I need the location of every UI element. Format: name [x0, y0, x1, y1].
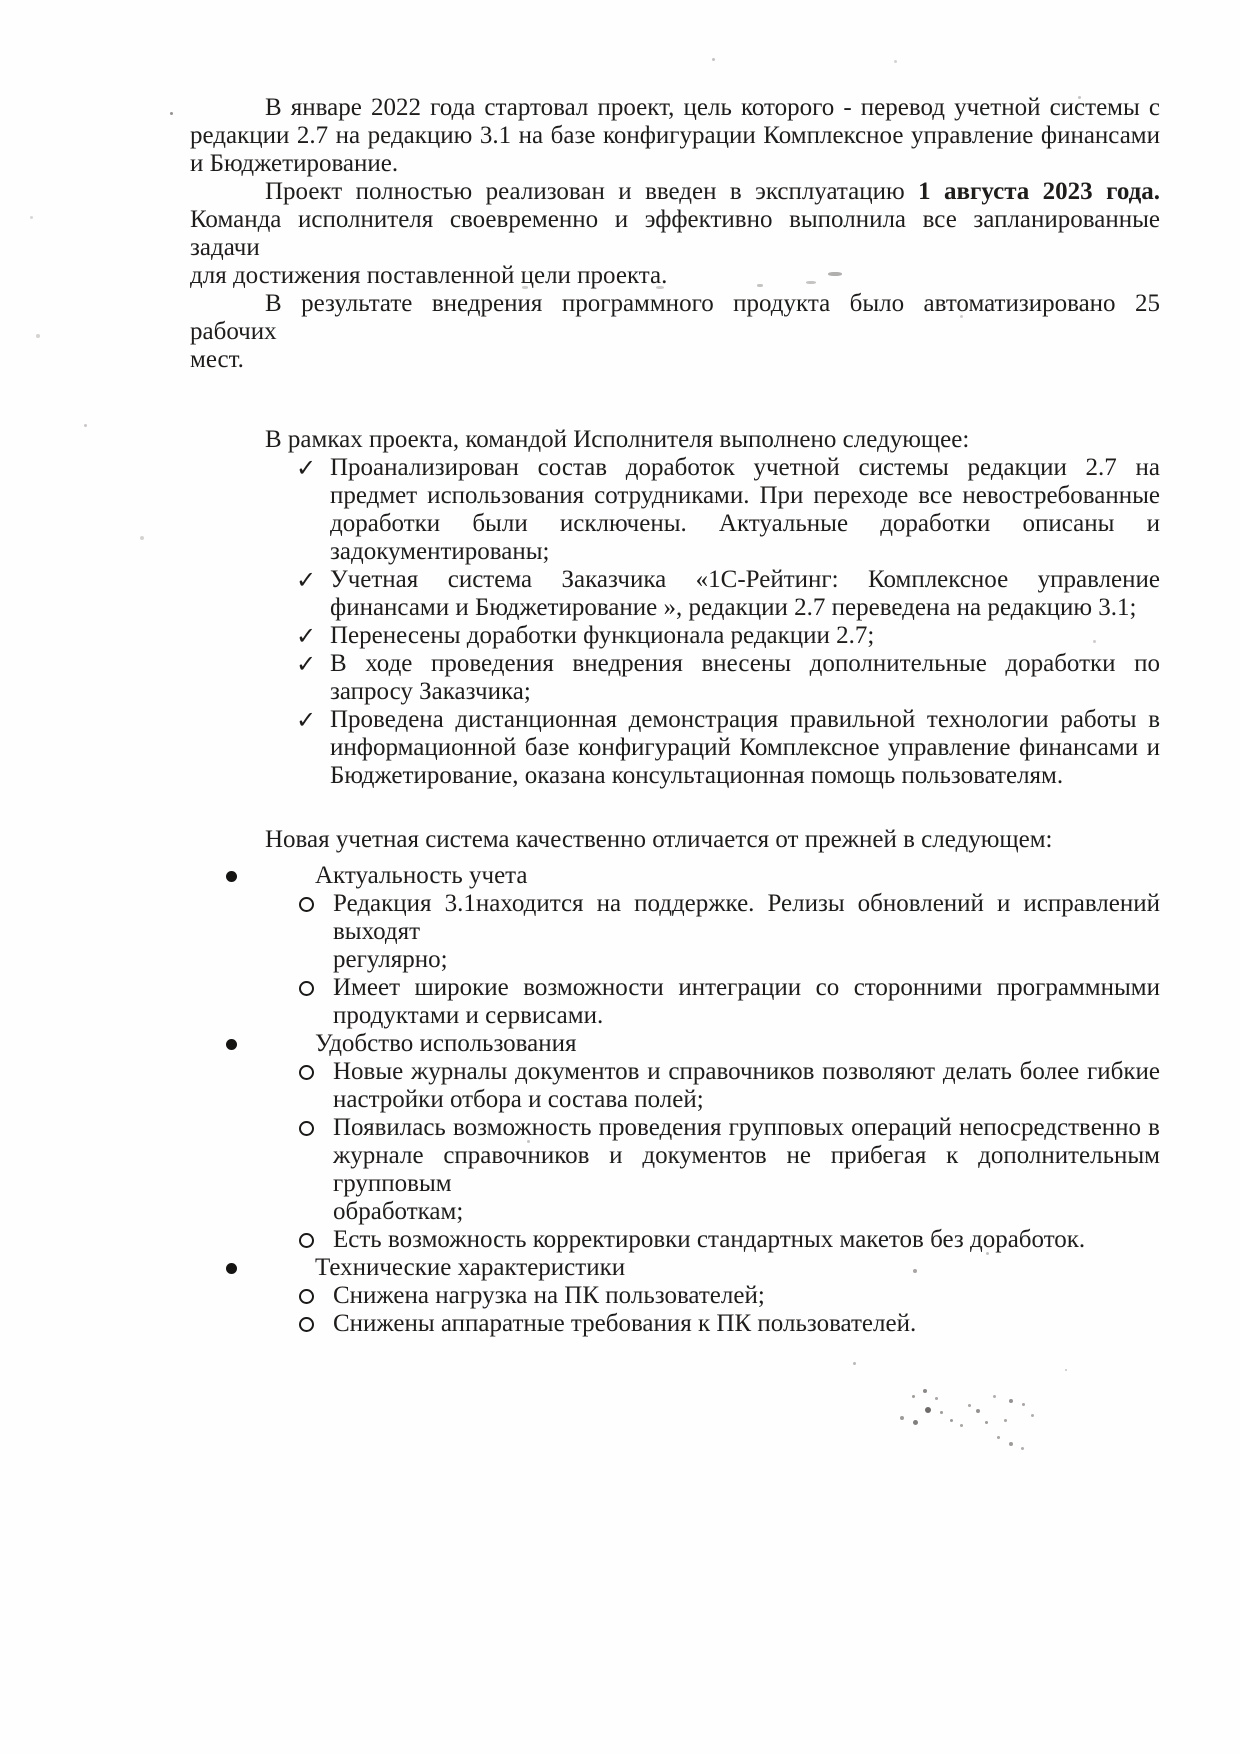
scan-speckle [853, 1362, 856, 1365]
text-line: Перенесены доработки функционала редакци… [330, 622, 1160, 650]
text-line: В ходе проведения внедрения внесены допо… [330, 650, 1160, 678]
bullet-label: Технические характеристики [315, 1254, 1160, 1282]
text-line: Проект полностью реализован и введен в э… [190, 178, 1160, 206]
bullet-item: Технические характеристики [190, 1254, 1160, 1282]
check-icon: ✓ [296, 622, 316, 650]
text-line: Новые журналы документов и справочников … [333, 1058, 1160, 1086]
sub-bullet-item: Есть возможность корректировки стандартн… [190, 1226, 1160, 1254]
text-line: информационной базе конфигураций Комплек… [330, 734, 1160, 762]
sub-bullet-item: Снижена нагрузка на ПК пользователей; [190, 1282, 1160, 1310]
circle-bullet-icon [299, 1233, 314, 1248]
text-line: Учетная система Заказчика «1С-Рейтинг: К… [330, 566, 1160, 594]
scan-speckle [1021, 1447, 1024, 1450]
scan-speckle [522, 286, 528, 289]
scan-speckle [986, 1252, 989, 1255]
checklist-item: ✓Проанализирован состав доработок учетно… [190, 454, 1160, 566]
text-line: запросу Заказчика; [330, 678, 1160, 706]
scan-speckle [976, 1409, 980, 1413]
bold-text: 1 августа 2023 года. [918, 178, 1160, 205]
bullet-item: Актуальность учета [190, 862, 1160, 890]
bullet-dot-icon [226, 1039, 237, 1050]
scan-speckle [1031, 1414, 1034, 1417]
sub-bullet-item: Имеет широкие возможности интеграции со … [190, 974, 1160, 1030]
checklist-item: ✓Проведена дистанционная демонстрация пр… [190, 706, 1160, 790]
scan-speckle [1009, 1399, 1013, 1403]
document-page: В январе 2022 года стартовал проект, цел… [0, 0, 1240, 1754]
scan-speckle [828, 272, 842, 276]
checklist-item: ✓В ходе проведения внедрения внесены доп… [190, 650, 1160, 706]
bullet-dot-icon [226, 1263, 237, 1274]
scan-speckle [757, 284, 763, 287]
paragraph: В рамках проекта, командой Исполнителя в… [190, 426, 1160, 454]
text-line: Команда исполнителя своевременно и эффек… [190, 206, 1160, 262]
paragraph: В январе 2022 года стартовал проект, цел… [190, 94, 1160, 178]
sub-bullet-item: Новые журналы документов и справочников … [190, 1058, 1160, 1114]
text-line: В рамках проекта, командой Исполнителя в… [190, 426, 1160, 454]
text-line: В январе 2022 года стартовал проект, цел… [190, 94, 1160, 122]
check-icon: ✓ [296, 650, 316, 678]
scan-speckle [1093, 640, 1096, 643]
scan-speckle [656, 286, 664, 289]
text-line: финансами и Бюджетирование », редакции 2… [330, 594, 1160, 622]
sub-bullet-item: Редакция 3.1находится на поддержке. Рели… [190, 890, 1160, 974]
scan-speckle [1078, 96, 1081, 99]
scan-speckle [960, 315, 963, 318]
scan-speckle [1022, 1403, 1025, 1406]
check-icon: ✓ [296, 454, 316, 482]
text-segment: Проект полностью реализован и введен в э… [265, 178, 918, 205]
scan-speckle [985, 1421, 988, 1424]
text-line: Есть возможность корректировки стандартн… [333, 1226, 1160, 1254]
text-line: и Бюджетирование. [190, 150, 1160, 178]
sub-bullet-item: Снижены аппаратные требования к ПК польз… [190, 1310, 1160, 1338]
scan-speckle [940, 1411, 943, 1414]
text-line: Имеет широкие возможности интеграции со … [333, 974, 1160, 1002]
text-line: регулярно; [333, 946, 1160, 974]
text-line: доработки были исключены. Актуальные дор… [330, 510, 1160, 538]
scan-speckle [935, 1397, 938, 1400]
scan-speckle [527, 1140, 530, 1143]
circle-bullet-icon [299, 1289, 314, 1304]
text-line: задокументированы; [330, 538, 1160, 566]
checklist-item: ✓Учетная система Заказчика «1С-Рейтинг: … [190, 566, 1160, 622]
spacer [190, 790, 1160, 826]
text-line: для достижения поставленной цели проекта… [190, 262, 1160, 290]
scan-speckle [140, 536, 144, 540]
spacer [190, 854, 1160, 862]
scan-speckle [84, 424, 87, 427]
scan-speckle [950, 1419, 953, 1422]
text-line: Снижены аппаратные требования к ПК польз… [333, 1310, 1160, 1338]
text-line: настройки отбора и состава полей; [333, 1086, 1160, 1114]
bullet-label: Актуальность учета [315, 862, 1160, 890]
text-line: продуктами и сервисами. [333, 1002, 1160, 1030]
text-line: Бюджетирование, оказана консультационная… [330, 762, 1160, 790]
scan-speckle [30, 216, 33, 219]
scan-speckle [36, 334, 40, 338]
text-line: журнале справочников и документов не при… [333, 1142, 1160, 1198]
circle-bullet-icon [299, 897, 314, 912]
paragraph: Новая учетная система качественно отлича… [190, 826, 1160, 854]
text-line: мест. [190, 346, 1160, 374]
sub-bullet-item: Появилась возможность проведения группов… [190, 1114, 1160, 1226]
text-line: В результате внедрения программного прод… [190, 290, 1160, 346]
circle-bullet-icon [299, 981, 314, 996]
text-line: редакции 2.7 на редакцию 3.1 на базе кон… [190, 122, 1160, 150]
document-content: В январе 2022 года стартовал проект, цел… [190, 94, 1160, 1338]
paragraph: В результате внедрения программного прод… [190, 290, 1160, 374]
bullet-label: Удобство использования [315, 1030, 1160, 1058]
scan-speckle [993, 1395, 996, 1398]
check-icon: ✓ [296, 566, 316, 594]
text-line: Редакция 3.1находится на поддержке. Рели… [333, 890, 1160, 946]
scan-speckle [1065, 1369, 1067, 1371]
scan-speckle [913, 1420, 918, 1425]
paragraph: Проект полностью реализован и введен в э… [190, 178, 1160, 290]
scan-speckle [968, 1404, 971, 1407]
circle-bullet-icon [299, 1121, 314, 1136]
scan-speckle [1009, 1442, 1013, 1446]
text-line: Снижена нагрузка на ПК пользователей; [333, 1282, 1160, 1310]
text-line: Проанализирован состав доработок учетной… [330, 454, 1160, 482]
text-line: предмет использования сотрудниками. При … [330, 482, 1160, 510]
circle-bullet-icon [299, 1317, 314, 1332]
scan-speckle [900, 1416, 904, 1420]
scan-speckle [894, 60, 897, 63]
text-line: Новая учетная система качественно отлича… [190, 826, 1160, 854]
scan-speckle [806, 281, 816, 284]
scan-speckle [712, 58, 715, 61]
bullet-item: Удобство использования [190, 1030, 1160, 1058]
text-line: обработкам; [333, 1198, 1160, 1226]
circle-bullet-icon [299, 1065, 314, 1080]
scan-speckle [1004, 1419, 1007, 1422]
text-line: Проведена дистанционная демонстрация пра… [330, 706, 1160, 734]
scan-speckle [913, 1269, 917, 1273]
scan-speckle [170, 112, 173, 115]
check-icon: ✓ [296, 706, 316, 734]
checklist-item: ✓Перенесены доработки функционала редакц… [190, 622, 1160, 650]
scan-speckle [925, 1407, 931, 1413]
scan-speckle [912, 1395, 915, 1398]
bullet-dot-icon [226, 871, 237, 882]
scan-speckle [960, 1424, 963, 1427]
spacer [190, 374, 1160, 426]
scan-speckle [923, 1389, 927, 1393]
scan-speckle [997, 1436, 1000, 1439]
text-line: Появилась возможность проведения группов… [333, 1114, 1160, 1142]
